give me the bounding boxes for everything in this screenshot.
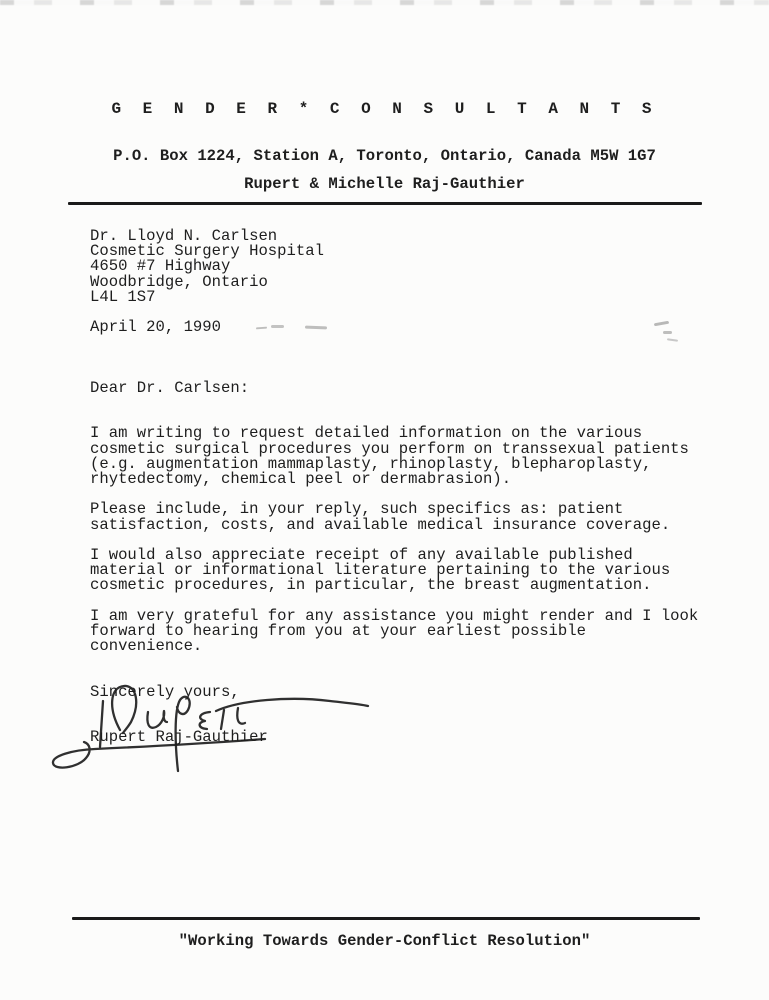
- scan-smudge: [663, 331, 672, 334]
- paragraph-line: satisfaction, costs, and available medic…: [90, 518, 730, 533]
- scan-smudge: [271, 325, 284, 328]
- paragraph-line: convenience.: [90, 639, 730, 654]
- date-line: April 20, 1990: [90, 320, 730, 335]
- typed-signature-name: Rupert Raj-Gauthier: [90, 730, 730, 745]
- salutation: Dear Dr. Carlsen:: [90, 381, 730, 396]
- letterhead-principals-line: Rupert & Michelle Raj-Gauthier: [0, 175, 769, 193]
- blank-line: [90, 335, 730, 350]
- blank-line: [90, 351, 730, 366]
- recipient-line: L4L 1S7: [90, 290, 730, 305]
- recipient-line: Woodbridge, Ontario: [90, 275, 730, 290]
- letterhead-address-line: P.O. Box 1224, Station A, Toronto, Ontar…: [0, 147, 769, 165]
- footer-slogan: "Working Towards Gender-Conflict Resolut…: [0, 932, 769, 951]
- letterhead-rule: [68, 202, 702, 205]
- valediction: Sincerely yours,: [90, 685, 730, 700]
- letter-body: Dr. Lloyd N. Carlsen Cosmetic Surgery Ho…: [90, 229, 730, 745]
- blank-line: [90, 654, 730, 669]
- letterhead-org-name: G E N D E R * C O N S U L T A N T S: [0, 100, 769, 118]
- paragraph-line: cosmetic procedures, in particular, the …: [90, 578, 730, 593]
- paragraph-line: rhytedectomy, chemical peel or dermabras…: [90, 472, 730, 487]
- blank-line: [90, 700, 730, 715]
- scan-edge-artifact: [0, 0, 769, 5]
- blank-line: [90, 396, 730, 411]
- letter-page: G E N D E R * C O N S U L T A N T S P.O.…: [0, 0, 769, 1000]
- footer-rule: [72, 917, 700, 920]
